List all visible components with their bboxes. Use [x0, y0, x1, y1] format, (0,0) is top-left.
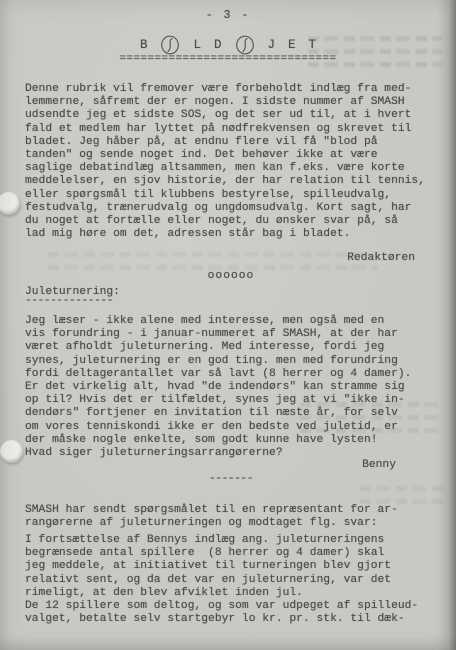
text-line: der måske nogle enkelte, som godt kunne … — [25, 434, 437, 447]
text-line: Er det virkelig alt, hvad "de indendørs"… — [25, 381, 437, 394]
text-line: udsendte jeg et sidste SOS, og det ser u… — [25, 109, 437, 122]
text-line: bladet. Jeg håber på, at endnu flere vil… — [25, 136, 437, 149]
text-line: festudvalg, trænerudvalg og ungdomsudval… — [25, 202, 437, 215]
title-underline: =============================== — [119, 53, 336, 65]
punch-hole — [0, 192, 20, 215]
scanned-newsletter-page: - 3 - BLDJET ===========================… — [0, 0, 456, 650]
hand-drawn-circled-letter — [235, 34, 255, 56]
hand-drawn-circled-letter — [160, 34, 180, 56]
text-line: lad mig høre om det, adressen står bag i… — [25, 228, 437, 241]
text-line: op til? Hvis det er tilfældet, synes jeg… — [25, 394, 437, 407]
page-number: - 3 - — [0, 9, 456, 22]
letter-heading-underline: -------------- — [25, 295, 113, 308]
reader-letter-paragraph: Jeg læser - ikke alene med interesse, me… — [25, 315, 437, 460]
text-line: tanden" og sende noget ind. Det behøver … — [25, 149, 437, 162]
text-line: lemmerne, såfremt der er nogen. I sidste… — [25, 96, 437, 109]
text-line: relativt sent, og da det var en juleturn… — [25, 574, 437, 587]
column-title: BLDJET =============================== — [0, 34, 456, 65]
text-line: Jeg læser - ikke alene med interesse, me… — [25, 315, 437, 328]
text-line: fald et medlem har lyttet på nødfrekvens… — [25, 123, 437, 136]
text-line: begrænsede antal spillere (8 herrer og 4… — [25, 547, 437, 560]
intro-paragraph: Denne rubrik vil fremover være forbehold… — [25, 83, 437, 241]
punch-hole — [0, 440, 23, 463]
reader-signature: Benny — [25, 459, 437, 472]
text-line: eller spørgsmål til klubbens bestyrelse,… — [25, 189, 437, 202]
text-line: saglige debatindlæg altsammen, men kan f… — [25, 162, 437, 175]
organizer-reply-paragraph: I fortsættelse af Bennys indlæg ang. jul… — [25, 534, 437, 626]
letter-heading-block: Juleturnering: -------------- — [25, 286, 437, 299]
dash-separator: ------- — [25, 473, 437, 486]
text-line: fordi deltagerantallet var så lavt (8 he… — [25, 368, 437, 381]
text-line: rangørerne af juleturneringen og modtage… — [25, 517, 437, 530]
text-line: vis forundring - i januar-nummeret af SM… — [25, 328, 437, 341]
text-line: været afholdt juleturnering. Med interes… — [25, 341, 437, 354]
section-separator: oooooo — [25, 270, 437, 283]
document-body: Denne rubrik vil fremover være forbehold… — [25, 83, 437, 627]
text-line: dendørs" fortjener en invitation til næs… — [25, 407, 437, 420]
text-line: I fortsættelse af Bennys indlæg ang. jul… — [25, 534, 437, 547]
text-line: jeg meddele, at initiativet til turnerin… — [25, 560, 437, 573]
text-line: SMASH har sendt spørgsmålet til en repræ… — [25, 504, 437, 517]
editor-note-paragraph: SMASH har sendt spørgsmålet til en repræ… — [25, 504, 437, 530]
text-line: meddelelser, en sjov historie, der har r… — [25, 175, 437, 188]
text-line: synes, juleturnering er en god ting. men… — [25, 355, 437, 368]
text-line: om vores tenniskondi ikke er den bedste … — [25, 421, 437, 434]
text-line: rimeligt, at den blev afviklet inden jul… — [25, 587, 437, 600]
text-line: du noget at fortælle eller noget, du øns… — [25, 215, 437, 228]
text-line: valget, betalte selv startgebyr lo kr. p… — [25, 613, 437, 626]
text-line: De 12 spillere som deltog, og som var ud… — [25, 600, 437, 613]
text-line: Denne rubrik vil fremover være forbehold… — [25, 83, 437, 96]
editor-signature: Redaktøren — [25, 252, 437, 265]
